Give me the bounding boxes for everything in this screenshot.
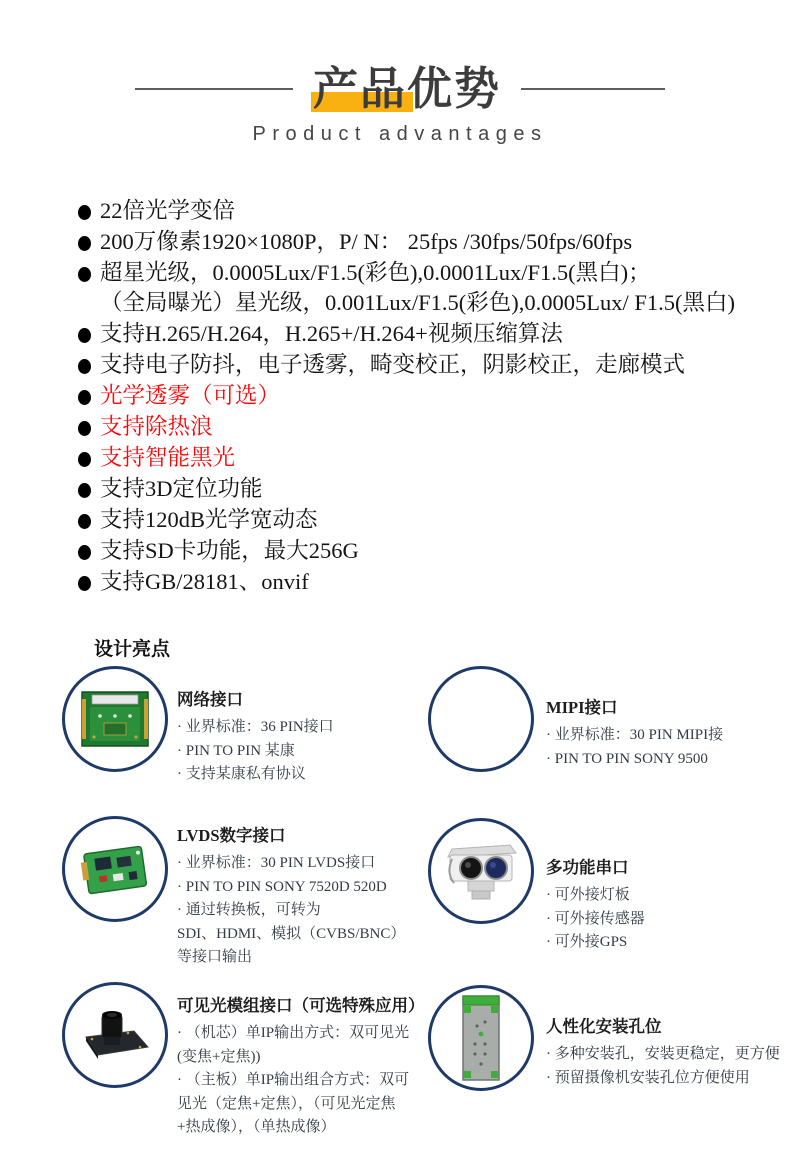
card-line: 见光（定焦+定焦），（可见光定焦 (177, 1093, 425, 1117)
highlight-card-mipi: MIPI接口 · 业界标准：30 PIN MIPI接 · PIN TO PIN … (428, 666, 723, 772)
card-line: · 多种安装孔，安装更稳定，更方便 (546, 1043, 780, 1067)
card-line: · 通过转换板，可转为 (177, 899, 405, 923)
card-circle (428, 985, 534, 1091)
card-line: · PIN TO PIN SONY 9500 (546, 748, 723, 772)
card-line: · （机芯）单IP输出方式：双可见光 (177, 1022, 425, 1046)
feature-list: 22倍光学变倍 200万像素1920×1080P，P/ N： 25fps /30… (78, 199, 800, 594)
card-text: LVDS数字接口 · 业界标准：30 PIN LVDS接口 · PIN TO P… (177, 816, 405, 970)
card-circle (428, 818, 534, 924)
card-title: MIPI接口 (546, 694, 723, 718)
feature-text: 支持电子防抖，电子透雾，畸变校正，阴影校正，走廊模式 (100, 353, 685, 377)
feature-text: 22倍光学变倍 (100, 199, 235, 223)
feature-item: 22倍光学变倍 (78, 199, 800, 223)
bullet-dot-icon (78, 452, 91, 467)
card-line: (变焦+定焦)) (177, 1046, 425, 1070)
bullet-dot-icon (78, 421, 91, 436)
page-title-text: 产品优势 (313, 63, 501, 114)
feature-item: 200万像素1920×1080P，P/ N： 25fps /30fps/50fp… (78, 230, 800, 254)
network-pcb-image (80, 689, 150, 749)
page-title: 产品优势 (309, 64, 505, 114)
feature-text: 支持除热浪 (100, 415, 213, 439)
card-line: · PIN TO PIN 某康 (177, 740, 334, 764)
lvds-pcb-image (78, 838, 152, 900)
card-circle (62, 982, 168, 1088)
page-subtitle: Product advantages (0, 123, 800, 146)
feature-item-highlighted: 支持智能黑光 (78, 446, 800, 470)
card-line: · 业界标准：36 PIN接口 (177, 716, 334, 740)
title-divider-left (135, 88, 293, 90)
feature-text: 支持GB/28181、onvif (100, 570, 309, 594)
card-line: · 业界标准：30 PIN MIPI接 (546, 724, 723, 748)
bullet-dot-icon (78, 576, 91, 591)
feature-item: 支持H.265/H.264，H.265+/H.264+视频压缩算法 (78, 322, 800, 346)
card-circle (62, 666, 168, 772)
bullet-dot-icon (78, 328, 91, 343)
feature-text: 200万像素1920×1080P，P/ N： 25fps /30fps/50fp… (100, 230, 632, 254)
feature-text: 光学透雾（可选） (100, 384, 280, 408)
feature-item: 超星光级，0.0005Lux/F1.5(彩色),0.0001Lux/F1.5(黑… (78, 261, 800, 315)
card-text: MIPI接口 · 业界标准：30 PIN MIPI接 · PIN TO PIN … (546, 666, 723, 772)
card-line: · 可外接GPS (546, 931, 645, 955)
feature-item-highlighted: 支持除热浪 (78, 415, 800, 439)
bullet-dot-icon (78, 359, 91, 374)
bullet-dot-icon (78, 390, 91, 405)
card-line: · 支持某康私有协议 (177, 763, 334, 787)
card-circle-empty (428, 666, 534, 772)
card-circle (62, 816, 168, 922)
feature-text: 超星光级，0.0005Lux/F1.5(彩色),0.0001Lux/F1.5(黑… (100, 261, 735, 285)
highlight-card-serial: 多功能串口 · 可外接灯板 · 可外接传感器 · 可外接GPS (428, 818, 645, 955)
feature-item: 支持SD卡功能，最大256G (78, 539, 800, 563)
card-text: 网络接口 · 业界标准：36 PIN接口 · PIN TO PIN 某康 · 支… (177, 666, 334, 787)
card-line: · 预留摄像机安装孔位方便使用 (546, 1067, 780, 1091)
highlight-card-network: 网络接口 · 业界标准：36 PIN接口 · PIN TO PIN 某康 · 支… (62, 666, 334, 787)
feature-item: 支持电子防抖，电子透雾，畸变校正，阴影校正，走廊模式 (78, 353, 800, 377)
feature-text: 支持智能黑光 (100, 446, 235, 470)
title-divider-right (521, 88, 665, 90)
camera-module-image (76, 1003, 154, 1067)
card-title: 人性化安装孔位 (546, 1013, 780, 1037)
design-highlights-heading: 设计亮点 (94, 634, 800, 661)
bullet-dot-icon (78, 205, 91, 220)
feature-item: 支持120dB光学宽动态 (78, 508, 800, 532)
card-text: 人性化安装孔位 · 多种安装孔，安装更稳定，更方便 · 预留摄像机安装孔位方便使… (546, 985, 780, 1091)
bullet-dot-icon (78, 267, 91, 282)
highlight-card-lvds: LVDS数字接口 · 业界标准：30 PIN LVDS接口 · PIN TO P… (62, 816, 405, 970)
feature-text: 支持120dB光学宽动态 (100, 508, 318, 532)
dual-lens-camera-image (438, 835, 524, 907)
feature-text: （全局曝光）星光级，0.001Lux/F1.5(彩色),0.0005Lux/ F… (100, 291, 735, 315)
page-header: 产品优势 Product advantages (0, 0, 800, 146)
card-text: 可见光模组接口（可选特殊应用） · （机芯）单IP输出方式：双可见光 (变焦+定… (177, 982, 425, 1140)
feature-text: 支持3D定位功能 (100, 477, 263, 501)
bullet-dot-icon (78, 483, 91, 498)
bullet-dot-icon (78, 545, 91, 560)
card-line: +热成像），（单热成像） (177, 1116, 425, 1140)
title-row: 产品优势 (0, 64, 800, 114)
card-title: LVDS数字接口 (177, 822, 405, 846)
card-title: 网络接口 (177, 686, 334, 710)
bullet-dot-icon (78, 514, 91, 529)
feature-text: 支持H.265/H.264，H.265+/H.264+视频压缩算法 (100, 322, 563, 346)
mounting-plate-image (457, 992, 505, 1084)
card-title: 可见光模组接口（可选特殊应用） (177, 992, 425, 1016)
card-title: 多功能串口 (546, 854, 645, 878)
bullet-dot-icon (78, 236, 91, 251)
feature-text: 支持SD卡功能，最大256G (100, 539, 359, 563)
card-line: · PIN TO PIN SONY 7520D 520D (177, 876, 405, 900)
card-line: 等接口输出 (177, 946, 405, 970)
card-text: 多功能串口 · 可外接灯板 · 可外接传感器 · 可外接GPS (546, 818, 645, 955)
feature-item: 支持3D定位功能 (78, 477, 800, 501)
feature-item: 支持GB/28181、onvif (78, 570, 800, 594)
highlight-card-visible-light: 可见光模组接口（可选特殊应用） · （机芯）单IP输出方式：双可见光 (变焦+定… (62, 982, 425, 1140)
highlight-card-mounting: 人性化安装孔位 · 多种安装孔，安装更稳定，更方便 · 预留摄像机安装孔位方便使… (428, 985, 780, 1091)
card-line: SDI、HDMI、模拟（CVBS/BNC） (177, 923, 405, 947)
card-line: · 可外接灯板 (546, 884, 645, 908)
card-line: · 业界标准：30 PIN LVDS接口 (177, 852, 405, 876)
card-line: · 可外接传感器 (546, 908, 645, 932)
card-line: · （主板）单IP输出组合方式：双可 (177, 1069, 425, 1093)
feature-item-highlighted: 光学透雾（可选） (78, 384, 800, 408)
